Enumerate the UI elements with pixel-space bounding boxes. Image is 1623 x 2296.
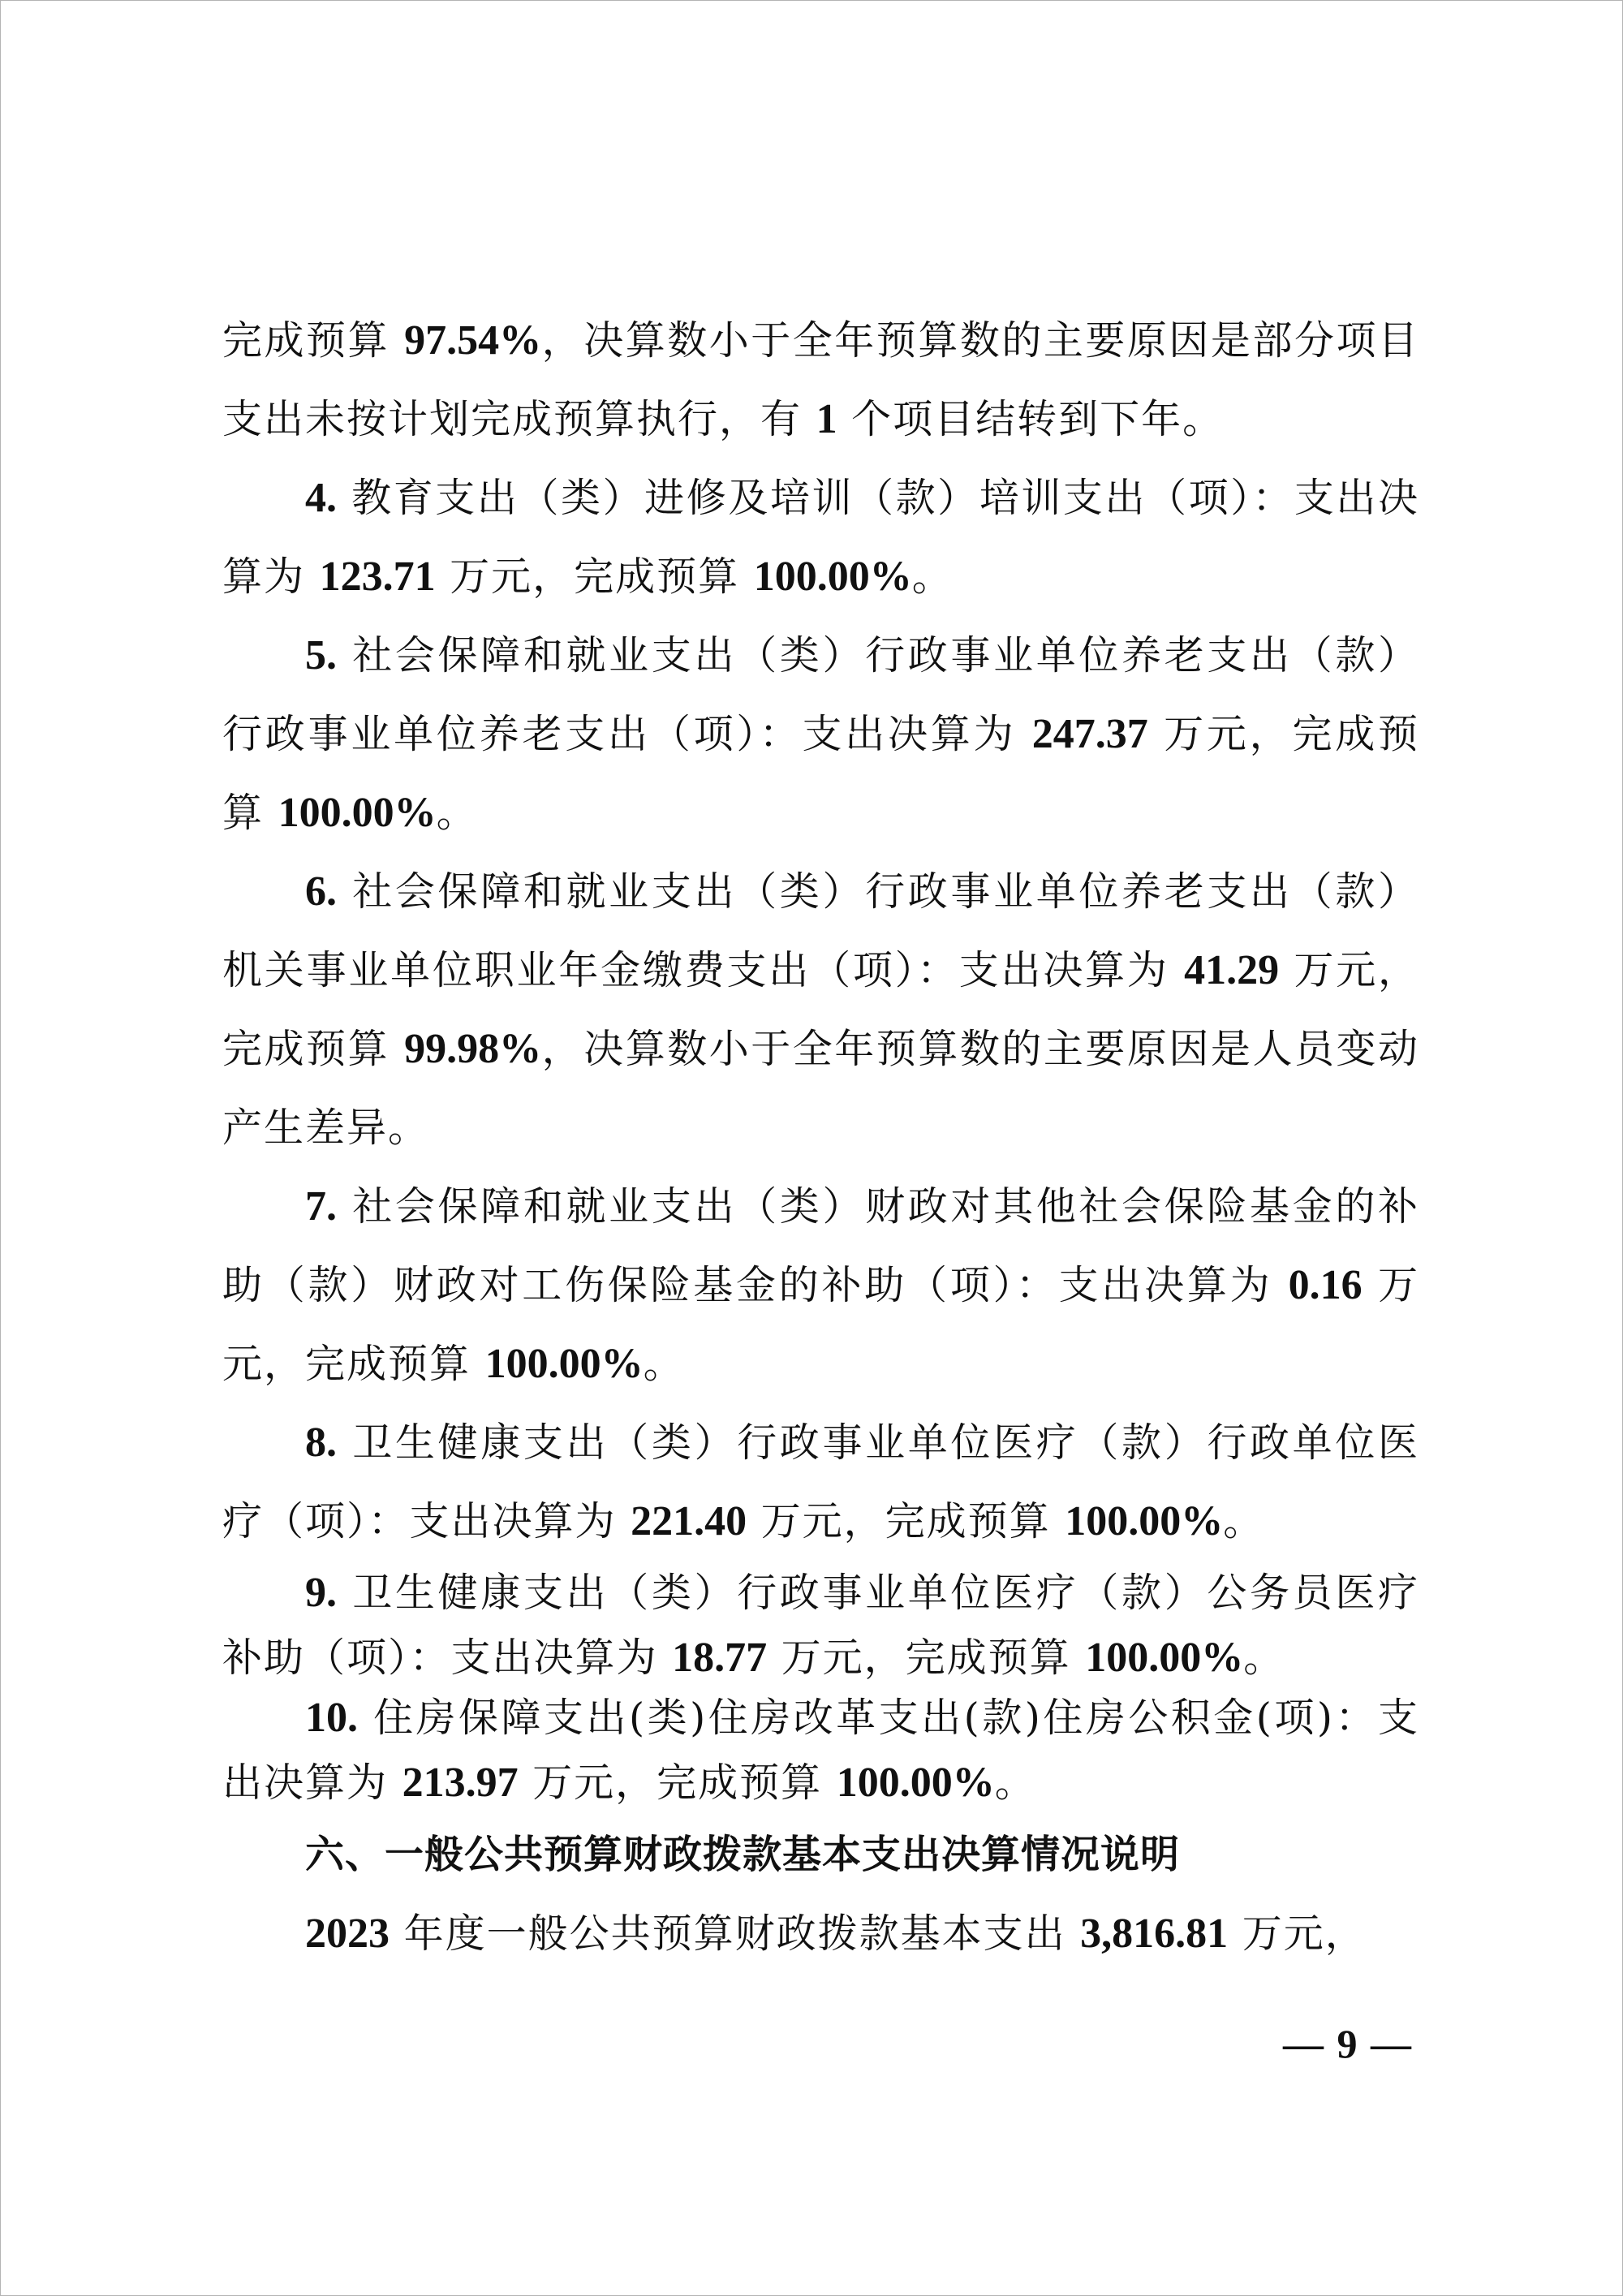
paragraph-text: 。 [912,554,954,600]
bold-value: 8. [305,1419,337,1466]
paragraph-text: 万元，完成预算 [436,554,754,600]
bold-value: 100.00% [837,1760,995,1806]
paragraph-item-6: 6. 社会保障和就业支出（类）行政事业单位养老支出（款）机关事业单位职业年金缴费… [222,852,1419,1167]
paragraph-text: 个项目结转到下年。 [837,396,1225,442]
paragraph-text: 。 [437,790,478,836]
document-page: 完成预算 97.54%，决算数小于全年预算数的主要原因是部分项目支出未按计划完成… [0,0,1623,2296]
bold-value: 97.54% [404,317,541,364]
year-value: 2023 [305,1910,390,1957]
document-body: 完成预算 97.54%，决算数小于全年预算数的主要原因是部分项目支出未按计划完成… [222,301,1419,1973]
bold-value: 6. [305,868,337,915]
paragraph-text: 社会保障和就业支出（类）财政对其他社会保险基金的补助（款）财政对工伤保险基金的补… [222,1183,1419,1308]
bold-value: 221.40 [631,1498,747,1544]
bold-value: 7. [305,1183,337,1230]
bold-value: 1 [816,396,837,442]
closing-text-1: 年度一般公共预算财政拨款基本支出 [390,1910,1080,1957]
bold-value: 0.16 [1289,1262,1363,1308]
bold-value: 18.77 [672,1635,767,1681]
paragraph-text: 万元，完成预算 [767,1635,1085,1681]
paragraph-text: 。 [995,1760,1036,1806]
paragraph-item-10: 10. 住房保障支出(类)住房改革支出(款)住房公积金(项)：支出决算为 213… [222,1686,1419,1816]
paragraph-text: 完成预算 [222,317,404,364]
paragraph-text: 。 [1223,1498,1264,1544]
paragraph-item-8: 8. 卫生健康支出（类）行政事业单位医疗（款）行政单位医疗（项）：支出决算为 2… [222,1403,1419,1561]
bold-value: 4. [305,475,337,521]
basic-expenditure-amount: 3,816.81 [1080,1910,1228,1957]
paragraph-continuation: 完成预算 97.54%，决算数小于全年预算数的主要原因是部分项目支出未按计划完成… [222,301,1419,459]
closing-text-2: 万元， [1228,1910,1367,1957]
bold-value: 100.00% [485,1341,644,1387]
bold-value: 100.00% [1085,1635,1243,1681]
paragraph-basic-expenditure: 2023 年度一般公共预算财政拨款基本支出 3,816.81 万元， [222,1894,1419,1973]
bold-value: 100.00% [278,790,437,836]
section-heading: 六、一般公共预算财政拨款基本支出决算情况说明 [222,1816,1419,1894]
paragraph-item-4: 4. 教育支出（类）进修及培训（款）培训支出（项）：支出决算为 123.71 万… [222,459,1419,616]
bold-value: 100.00% [1065,1498,1223,1544]
paragraph-text: 万元，完成预算 [519,1760,837,1806]
bold-value: 123.71 [320,554,436,600]
bold-value: 99.98% [404,1026,541,1072]
paragraph-text: 。 [644,1341,685,1387]
paragraph-item-7: 7. 社会保障和就业支出（类）财政对其他社会保险基金的补助（款）财政对工伤保险基… [222,1167,1419,1403]
paragraph-text: 。 [1243,1635,1285,1681]
bold-value: 213.97 [403,1760,519,1806]
paragraph-item-9: 9. 卫生健康支出（类）行政事业单位医疗（款）公务员医疗补助（项）：支出决算为 … [222,1561,1419,1691]
paragraph-text: 万元，完成预算 [747,1498,1065,1544]
bold-value: 10. [305,1695,358,1741]
bold-value: 9. [305,1570,337,1616]
bold-value: 5. [305,632,337,678]
bold-value: 100.00% [754,554,912,600]
paragraph-item-5: 5. 社会保障和就业支出（类）行政事业单位养老支出（款）行政事业单位养老支出（项… [222,616,1419,852]
page-number: — 9 — [1283,2020,1413,2067]
bold-value: 41.29 [1184,947,1279,993]
bold-value: 247.37 [1032,711,1148,757]
